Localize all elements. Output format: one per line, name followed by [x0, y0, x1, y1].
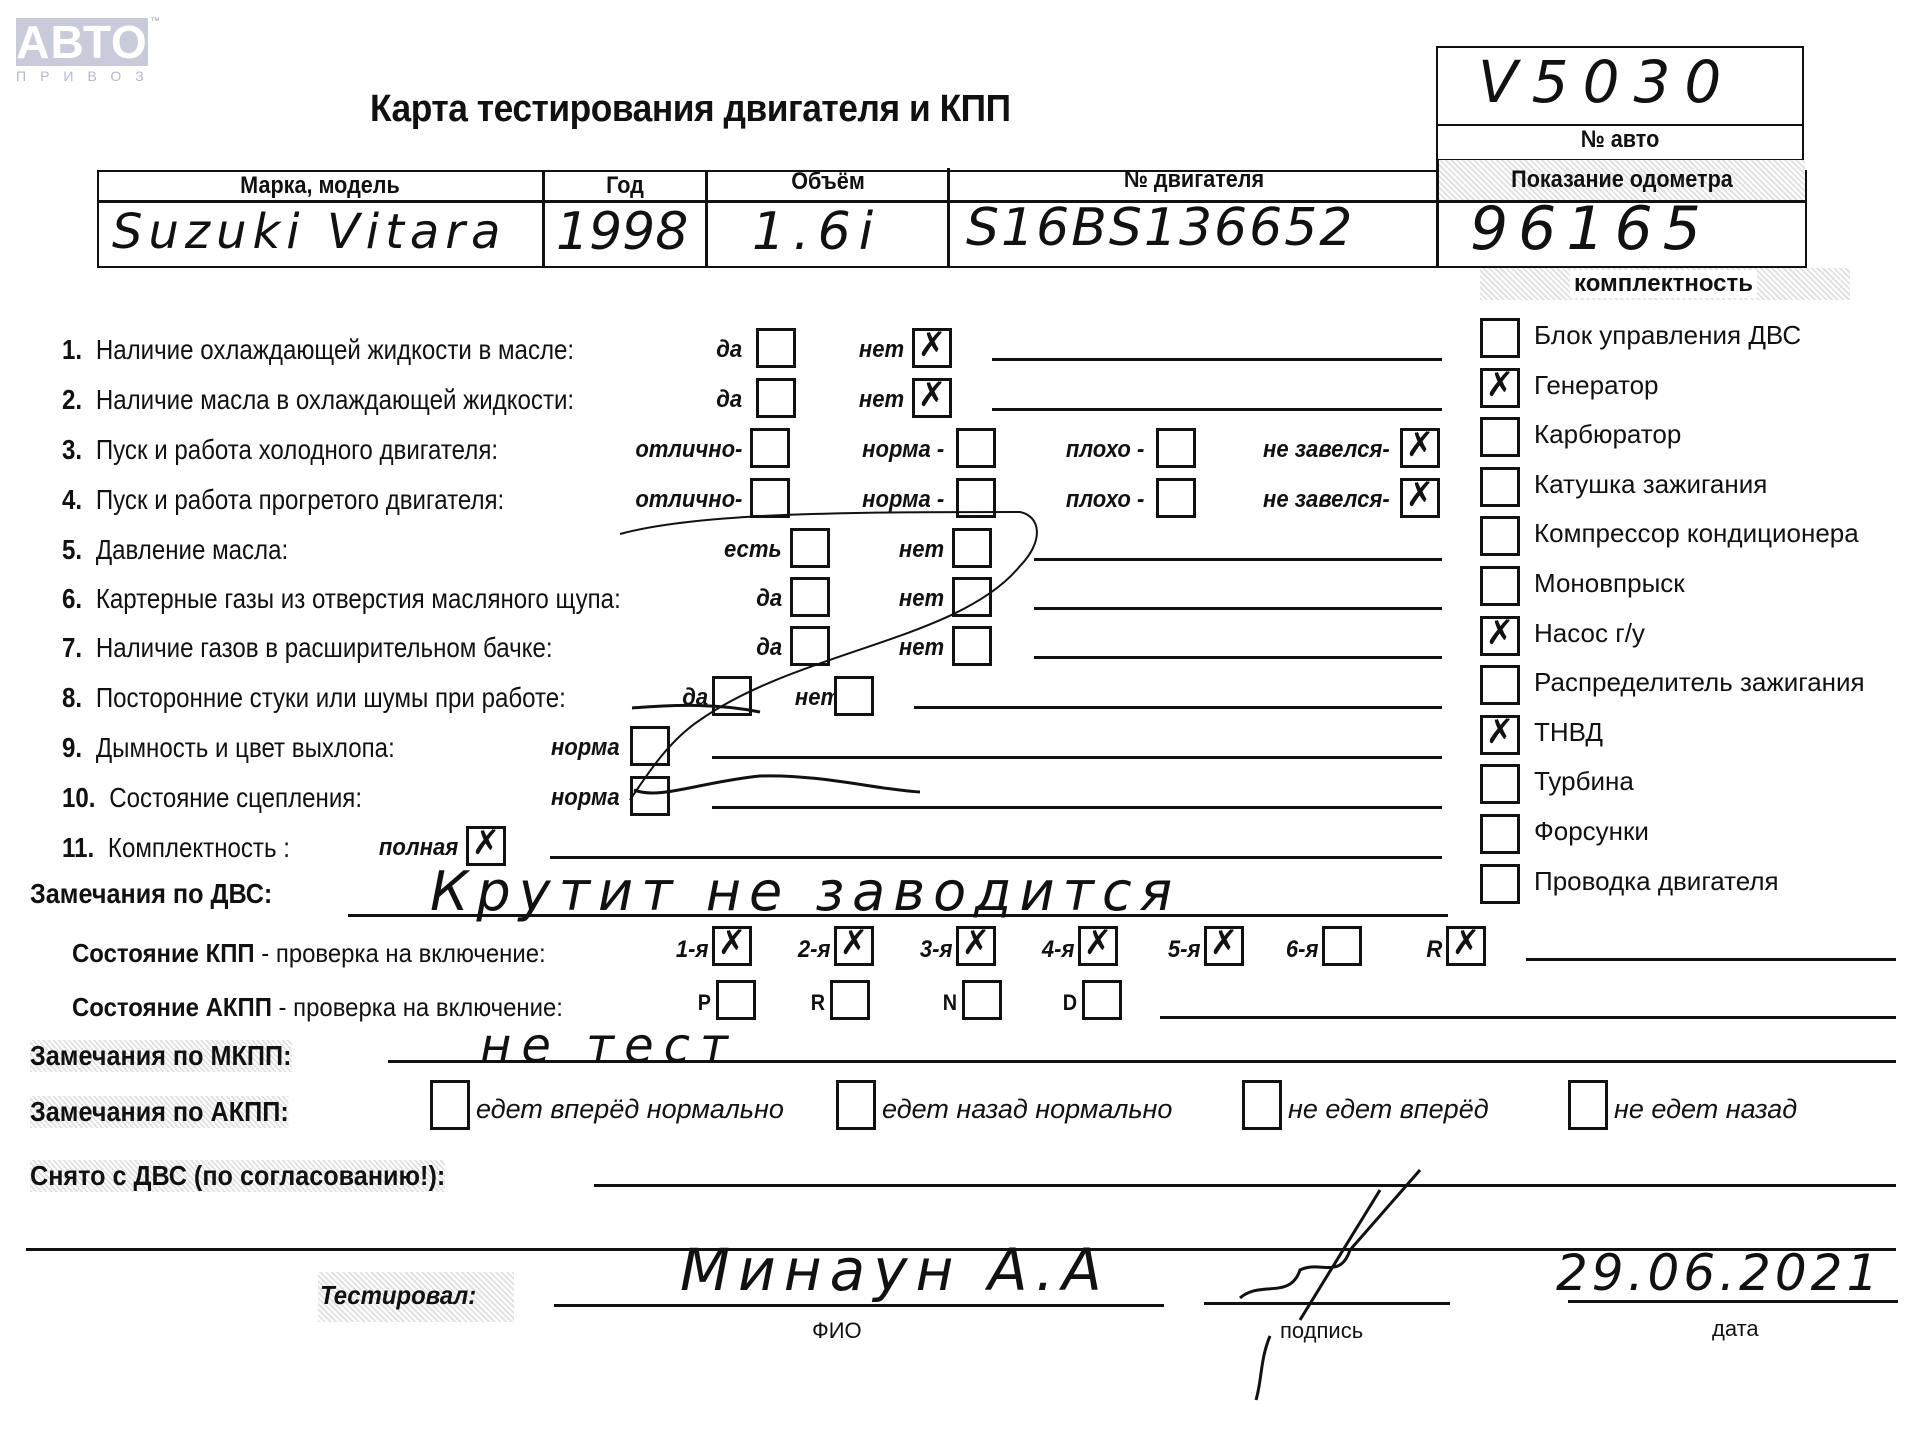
- gear-checkbox[interactable]: ✗: [1078, 926, 1118, 966]
- akpp-option-checkbox[interactable]: [1242, 1080, 1282, 1130]
- car-number-label: № авто: [1456, 123, 1784, 157]
- engine-remarks-label: Замечания по ДВС:: [30, 878, 272, 910]
- check-row-label: 3.Пуск и работа холодного двигателя:: [62, 434, 498, 466]
- check-row-number: 1.: [62, 334, 82, 365]
- col-volume-label: Объём: [720, 166, 936, 198]
- gear-checkbox[interactable]: ✗: [834, 926, 874, 966]
- option-label: нет: [859, 336, 904, 364]
- remark-line: [712, 756, 1442, 759]
- check-row-number: 10.: [62, 782, 95, 813]
- remark-line: [1034, 656, 1442, 659]
- option-label: плохо -: [1065, 436, 1144, 464]
- manual-gearbox-label-bold: Состояние КПП: [72, 938, 255, 968]
- check-row-label: 10.Состояние сцепления:: [62, 782, 362, 814]
- check-mark-icon: ✗: [715, 923, 749, 963]
- akpp-option-checkbox[interactable]: [430, 1080, 470, 1130]
- mode-label: R: [811, 990, 825, 1016]
- check-row-text: Дымность и цвет выхлопа:: [96, 732, 395, 763]
- kit-item-label: Генератор: [1534, 370, 1659, 401]
- mode-label: N: [943, 990, 957, 1016]
- check-mark-icon: ✗: [837, 923, 871, 963]
- check-row-number: 2.: [62, 384, 82, 415]
- gear-checkbox[interactable]: [1322, 926, 1362, 966]
- strike-line-10: [634, 776, 920, 793]
- gear-label: 3-я: [919, 936, 952, 964]
- manual-gearbox-label-rest: - проверка на включение:: [255, 938, 546, 968]
- option-checkbox[interactable]: [952, 626, 992, 666]
- option-checkbox[interactable]: [952, 528, 992, 568]
- option-checkbox[interactable]: [834, 676, 874, 716]
- check-row-text: Давление масла:: [96, 534, 288, 565]
- check-row-number: 7.: [62, 632, 82, 663]
- logo-trademark: ™: [150, 16, 160, 27]
- removed-line: [594, 1184, 1896, 1187]
- kit-checkbox[interactable]: [1480, 318, 1520, 358]
- gear-label: R: [1426, 936, 1442, 964]
- remark-line: [914, 706, 1442, 709]
- check-row-text: Пуск и работа холодного двигателя:: [96, 434, 498, 465]
- kit-checkbox[interactable]: [1480, 665, 1520, 705]
- signature-stroke: [1240, 1170, 1420, 1400]
- check-mark-icon: ✗: [1081, 923, 1115, 963]
- option-label: отлично-: [635, 486, 742, 514]
- removed-label: Снято с ДВС (по согласованию!):: [30, 1160, 445, 1192]
- check-mark-icon: ✗: [915, 375, 949, 415]
- mode-checkbox[interactable]: [962, 980, 1002, 1020]
- check-mark-icon: ✗: [1483, 613, 1517, 653]
- option-checkbox[interactable]: [756, 328, 796, 368]
- option-checkbox[interactable]: [756, 378, 796, 418]
- manual-gearbox-line: [1526, 958, 1896, 961]
- tester-label: Тестировал:: [320, 1280, 476, 1311]
- kit-checkbox[interactable]: [1480, 467, 1520, 507]
- col-odometer-value: 96165: [1470, 194, 1711, 264]
- tester-name-line: [554, 1304, 1164, 1307]
- option-checkbox[interactable]: ✗: [1400, 428, 1440, 468]
- col-year-header: Год: [545, 170, 705, 202]
- check-mark-icon: ✗: [1403, 475, 1437, 515]
- kit-checkbox[interactable]: [1480, 864, 1520, 904]
- option-label: не завелся-: [1263, 436, 1390, 464]
- check-row-number: 8.: [62, 682, 82, 713]
- check-row-number: 9.: [62, 732, 82, 763]
- kit-checkbox[interactable]: [1480, 516, 1520, 556]
- kit-item-label: Карбюратор: [1534, 419, 1681, 450]
- check-mark-icon: ✗: [959, 923, 993, 963]
- remark-line: [550, 856, 1442, 859]
- check-row-number: 4.: [62, 484, 82, 515]
- tester-name-caption: ФИО: [812, 1318, 862, 1344]
- col-engine-value: S16BS136652: [966, 198, 1354, 258]
- option-label: нет: [899, 536, 944, 564]
- option-checkbox[interactable]: [790, 626, 830, 666]
- check-row-label: 4.Пуск и работа прогретого двигателя:: [62, 484, 504, 516]
- remark-line: [1034, 607, 1442, 610]
- option-label: полная: [379, 834, 458, 862]
- col-volume-value: 1.6i: [752, 202, 881, 262]
- option-label: нет: [899, 585, 944, 613]
- check-row-number: 11.: [62, 832, 94, 863]
- option-label: да: [716, 386, 742, 414]
- kit-item-label: Блок управления ДВС: [1534, 320, 1801, 351]
- kit-checkbox[interactable]: ✗: [1480, 368, 1520, 408]
- kit-item-label: ТНВД: [1534, 717, 1603, 748]
- akpp-option-checkbox[interactable]: [1568, 1080, 1608, 1130]
- mode-checkbox[interactable]: [1082, 980, 1122, 1020]
- col-year-value: 1998: [556, 202, 688, 262]
- check-row-number: 5.: [62, 534, 82, 565]
- option-checkbox[interactable]: [1156, 478, 1196, 518]
- page-title: Карта тестирования двигателя и КПП: [370, 88, 1011, 131]
- kit-item-label: Турбина: [1534, 766, 1634, 797]
- gear-label: 1-я: [675, 936, 708, 964]
- option-checkbox[interactable]: [630, 726, 670, 766]
- check-row-text: Картерные газы из отверстия масляного щу…: [96, 583, 621, 614]
- gear-label: 4-я: [1041, 936, 1074, 964]
- date-value[interactable]: 29.06.2021: [1556, 1244, 1882, 1302]
- kit-item-label: Моновпрыск: [1534, 568, 1685, 599]
- car-number-header: № авто: [1436, 123, 1804, 161]
- option-label: плохо -: [1065, 486, 1144, 514]
- mkpp-remarks-value[interactable]: не тест: [480, 1018, 738, 1074]
- akpp-option-label: едет назад нормально: [882, 1094, 1172, 1125]
- check-mark-icon: ✗: [1483, 365, 1517, 405]
- option-label: норма: [551, 734, 620, 762]
- akpp-option-label: не едет вперёд: [1288, 1094, 1489, 1125]
- option-checkbox[interactable]: ✗: [1400, 478, 1440, 518]
- check-mark-icon: ✗: [1483, 712, 1517, 752]
- remark-line: [1034, 558, 1442, 561]
- check-row-text: Пуск и работа прогретого двигателя:: [96, 484, 504, 515]
- check-row-text: Состояние сцепления:: [109, 782, 362, 813]
- mode-label: D: [1063, 990, 1077, 1016]
- kit-title: комплектность: [1570, 270, 1757, 298]
- kit-checkbox[interactable]: [1480, 814, 1520, 854]
- option-label: норма -: [862, 486, 944, 514]
- option-checkbox[interactable]: [1156, 428, 1196, 468]
- option-label: не завелся-: [1263, 486, 1390, 514]
- option-label: да: [756, 634, 782, 662]
- option-checkbox[interactable]: [750, 428, 790, 468]
- date-caption: дата: [1712, 1316, 1759, 1342]
- option-checkbox[interactable]: [956, 478, 996, 518]
- col-year-label: Год: [553, 170, 697, 202]
- check-row-label: 7.Наличие газов в расширительном бачке:: [62, 632, 553, 664]
- check-row-label: 2.Наличие масла в охлаждающей жидкости:: [62, 384, 574, 416]
- remark-line: [992, 358, 1442, 361]
- col-engine-label: № двигателя: [974, 164, 1413, 196]
- gear-label: 2-я: [797, 936, 830, 964]
- mkpp-remarks-label: Замечания по МКПП:: [30, 1040, 292, 1072]
- option-label: да: [682, 684, 708, 712]
- check-row-label: 11.Комплектность :: [62, 832, 290, 864]
- check-row-text: Посторонние стуки или шумы при работе:: [96, 682, 566, 713]
- check-row-text: Наличие масла в охлаждающей жидкости:: [96, 384, 574, 415]
- logo-subtitle: ПРИВОЗ: [16, 68, 148, 84]
- option-checkbox[interactable]: [790, 528, 830, 568]
- check-row-label: 8.Посторонние стуки или шумы при работе:: [62, 682, 566, 714]
- check-mark-icon: ✗: [1449, 923, 1483, 963]
- check-row-text: Наличие газов в расширительном бачке:: [96, 632, 553, 663]
- option-label: да: [756, 585, 782, 613]
- option-label: нет: [899, 634, 944, 662]
- car-number-value: V5030: [1478, 48, 1735, 116]
- option-label: нет: [859, 386, 904, 414]
- gear-checkbox[interactable]: ✗: [1204, 926, 1244, 966]
- option-checkbox[interactable]: [790, 577, 830, 617]
- option-label: норма: [551, 784, 620, 812]
- option-checkbox[interactable]: [956, 428, 996, 468]
- option-checkbox[interactable]: [712, 676, 752, 716]
- check-mark-icon: ✗: [1403, 425, 1437, 465]
- option-label: да: [716, 336, 742, 364]
- engine-remarks-value[interactable]: Крутит не заводится: [430, 860, 1180, 923]
- option-checkbox[interactable]: ✗: [912, 378, 952, 418]
- kit-checkbox[interactable]: ✗: [1480, 616, 1520, 656]
- check-row-label: 1.Наличие охлаждающей жидкости в масле:: [62, 334, 574, 366]
- logo: АВТО: [16, 18, 148, 66]
- gear-label: 6-я: [1285, 936, 1318, 964]
- kit-item-label: Проводка двигателя: [1534, 866, 1779, 897]
- mode-checkbox[interactable]: [830, 980, 870, 1020]
- option-label: отлично-: [635, 436, 742, 464]
- check-row-label: 6.Картерные газы из отверстия масляного …: [62, 583, 621, 615]
- akpp-remarks-label: Замечания по АКПП:: [30, 1096, 289, 1128]
- col-model-header: Марка, модель: [97, 170, 543, 202]
- kit-checkbox[interactable]: ✗: [1480, 715, 1520, 755]
- option-checkbox[interactable]: ✗: [912, 328, 952, 368]
- option-checkbox[interactable]: [952, 577, 992, 617]
- remark-line: [712, 806, 1442, 809]
- check-mark-icon: ✗: [1207, 923, 1241, 963]
- kit-item-label: Компрессор кондиционера: [1534, 518, 1859, 549]
- check-mark-icon: ✗: [915, 325, 949, 365]
- col-model-value: Suzuki Vitara: [112, 204, 506, 260]
- option-checkbox[interactable]: [630, 776, 670, 816]
- check-row-number: 3.: [62, 434, 82, 465]
- manual-gearbox-label: Состояние КПП - проверка на включение:: [72, 938, 546, 969]
- gear-checkbox[interactable]: ✗: [1446, 926, 1486, 966]
- check-row-text: Комплектность :: [108, 832, 290, 863]
- kit-item-label: Насос г/у: [1534, 618, 1645, 649]
- signature-caption: подпись: [1280, 1318, 1363, 1344]
- check-row-text: Наличие охлаждающей жидкости в масле:: [96, 334, 574, 365]
- col-volume-header: Объём: [708, 166, 948, 198]
- check-row-number: 6.: [62, 583, 82, 614]
- col-model-label: Марка, модель: [119, 170, 520, 202]
- kit-checkbox[interactable]: [1480, 417, 1520, 457]
- check-row-label: 5.Давление масла:: [62, 534, 288, 566]
- akpp-option-label: не едет назад: [1614, 1094, 1797, 1125]
- gear-checkbox[interactable]: ✗: [712, 926, 752, 966]
- kit-checkbox[interactable]: [1480, 764, 1520, 804]
- kit-item-label: Форсунки: [1534, 816, 1649, 847]
- option-label: норма -: [862, 436, 944, 464]
- tester-name-value[interactable]: Минаун А.А: [680, 1236, 1110, 1304]
- option-label: есть: [724, 536, 782, 564]
- signature-line: [1204, 1302, 1450, 1305]
- akpp-option-label: едет вперёд нормально: [476, 1094, 784, 1125]
- car-number-box: V5030: [1436, 46, 1804, 126]
- auto-gearbox-label-bold: Состояние АКПП: [72, 992, 272, 1022]
- check-mark-icon: ✗: [469, 823, 503, 863]
- akpp-option-checkbox[interactable]: [836, 1080, 876, 1130]
- kit-checkbox[interactable]: [1480, 566, 1520, 606]
- option-checkbox[interactable]: [750, 478, 790, 518]
- mode-label: P: [698, 990, 711, 1016]
- gear-checkbox[interactable]: ✗: [956, 926, 996, 966]
- gear-label: 5-я: [1167, 936, 1200, 964]
- kit-item-label: Распределитель зажигания: [1534, 667, 1865, 698]
- col-engine-header: № двигателя: [950, 164, 1438, 196]
- auto-gearbox-line: [1160, 1016, 1896, 1019]
- check-row-label: 9.Дымность и цвет выхлопа:: [62, 732, 395, 764]
- kit-item-label: Катушка зажигания: [1534, 469, 1767, 500]
- remark-line: [992, 408, 1442, 411]
- mode-checkbox[interactable]: [716, 980, 756, 1020]
